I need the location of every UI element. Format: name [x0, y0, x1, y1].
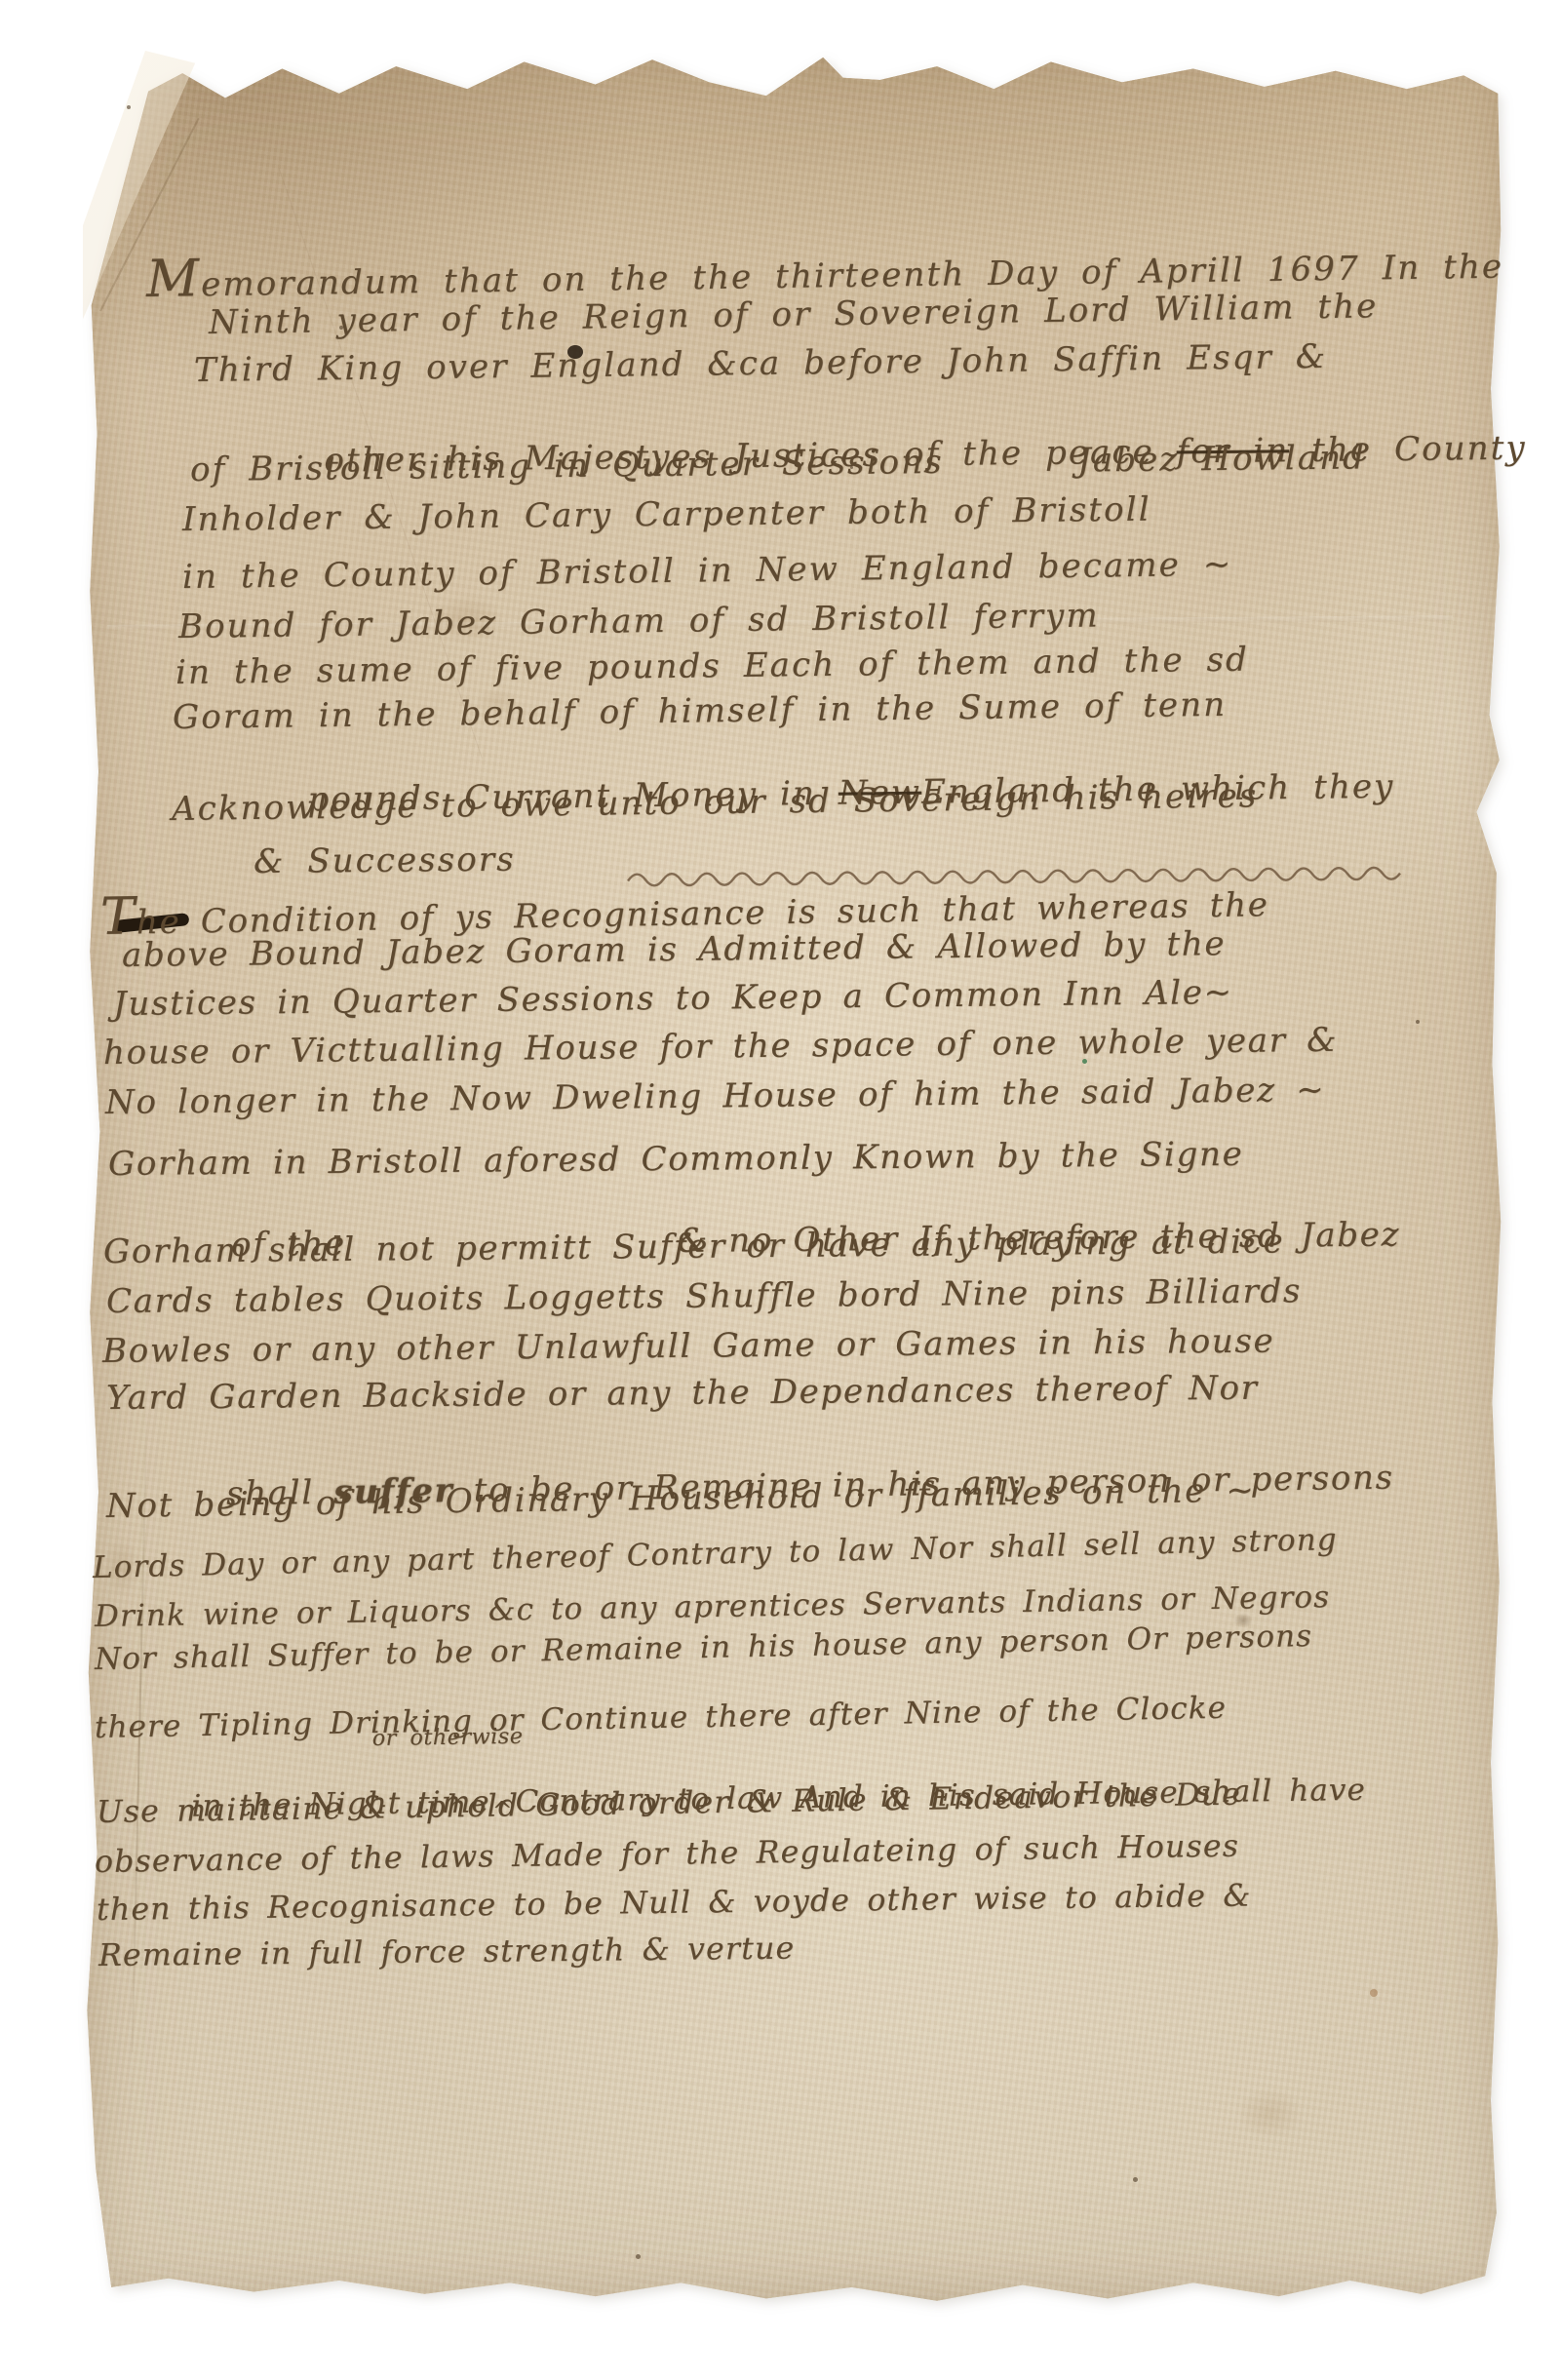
manuscript-line: in the sume of five pounds Each of them …	[175, 641, 1249, 692]
manuscript-line: Third King over England &ca before John …	[194, 337, 1328, 390]
manuscript-line: Justices in Quarter Sessions to Keep a C…	[113, 973, 1233, 1024]
manuscript-text: Memorandum that on the the thirteenth Da…	[0, 0, 1560, 2380]
manuscript-line: Yard Garden Backside or any the Dependan…	[106, 1369, 1259, 1418]
manuscript-line: Goram in the behalf of himself in the Su…	[173, 685, 1228, 737]
manuscript-line: Remaine in full force strength & vertue	[98, 1931, 796, 1973]
scanned-document: Memorandum that on the the thirteenth Da…	[0, 0, 1560, 2380]
manuscript-line: in the County of Bristoll in New England…	[182, 545, 1233, 597]
interlinear-insertion: or otherwise	[372, 1724, 524, 1751]
manuscript-line: Gorham in Bristoll aforesd Commonly Know…	[108, 1135, 1244, 1184]
manuscript-line: Bound for Jabez Gorham of sd Bristoll fe…	[178, 596, 1100, 646]
manuscript-line: there Tipling Drinking or Continue there…	[95, 1691, 1228, 1745]
manuscript-line: house or Victtualling House for the spac…	[103, 1021, 1338, 1073]
manuscript-line: & Successors	[253, 840, 516, 881]
manuscript-line: No longer in the Now Dweling House of hi…	[105, 1071, 1326, 1122]
manuscript-line: Bowles or any other Unlawfull Game or Ga…	[102, 1322, 1275, 1371]
